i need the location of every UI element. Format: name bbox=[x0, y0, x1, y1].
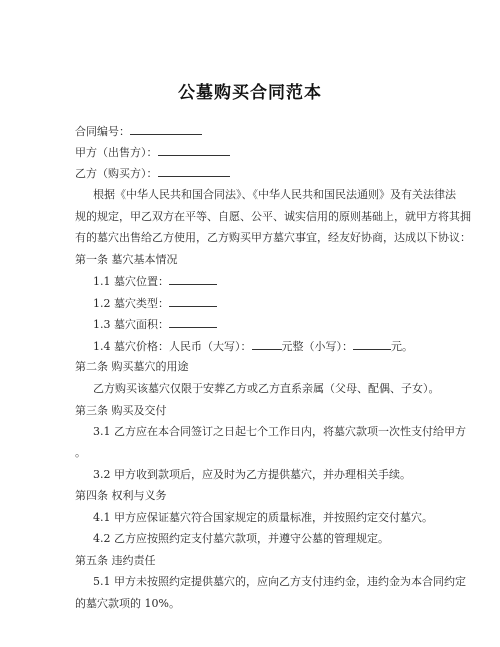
document-title: 公墓购买合同范本 bbox=[0, 78, 500, 103]
preamble-line-2: 规的规定，甲乙双方在平等、自愿、公平、诚实信用的原则基础上，就甲方将其拥 bbox=[75, 210, 471, 224]
clause-1-4-label-c: 元。 bbox=[391, 340, 413, 353]
grave-location-blank[interactable] bbox=[169, 274, 217, 285]
clause-1-3: 1.3 墓穴面积： bbox=[93, 317, 217, 332]
clause-1-4-label-a: 1.4 墓穴价格：人民币（大写）： bbox=[93, 340, 252, 353]
clause-5-1-line-1: 5.1 甲方未按照约定提供墓穴的，应向乙方支付违约金，违约金为本合同约定 bbox=[93, 575, 466, 589]
article-2-heading: 第二条 购买墓穴的用途 bbox=[75, 360, 189, 374]
document-page: 公墓购买合同范本 合同编号： 甲方（出售方）： 乙方（购买方）： 根据《中华人民… bbox=[0, 0, 500, 647]
preamble-line-1: 根据《中华人民共和国合同法》、《中华人民共和国民法通则》及有关法律法 bbox=[93, 188, 456, 202]
clause-1-2-label: 1.2 墓穴类型： bbox=[93, 297, 169, 310]
party-b-label: 乙方（购买方）： bbox=[75, 167, 158, 180]
preamble-line-3: 有的墓穴出售给乙方使用，乙方购买甲方墓穴事宜，经友好协商，达成以下协议： bbox=[75, 231, 471, 245]
party-b-field: 乙方（购买方）： bbox=[75, 166, 230, 181]
contract-number-field: 合同编号： bbox=[75, 124, 202, 139]
clause-1-1: 1.1 墓穴位置： bbox=[93, 274, 217, 289]
clause-3-2: 3.2 甲方收到款项后，应及时为乙方提供墓穴，并办理相关手续。 bbox=[93, 468, 411, 482]
party-a-field: 甲方（出售方）： bbox=[75, 145, 230, 160]
clause-2-text: 乙方购买该墓穴仅限于安葬乙方或乙方直系亲属（父母、配偶、子女）。 bbox=[93, 382, 440, 396]
clause-1-3-label: 1.3 墓穴面积： bbox=[93, 318, 169, 331]
clause-1-4-label-b: 元整（小写）： bbox=[282, 340, 354, 353]
article-5-heading: 第五条 违约责任 bbox=[75, 554, 156, 568]
clause-3-1-line-2: 。 bbox=[75, 446, 86, 460]
clause-1-2: 1.2 墓穴类型： bbox=[93, 296, 217, 311]
price-lowercase-blank[interactable] bbox=[353, 339, 391, 350]
grave-type-blank[interactable] bbox=[169, 296, 217, 307]
clause-4-1: 4.1 甲方应保证墓穴符合国家规定的质量标准，并按照约定交付墓穴。 bbox=[93, 511, 433, 525]
article-3-heading: 第三条 购买及交付 bbox=[75, 404, 167, 418]
clause-3-1-line-1: 3.1 乙方应在本合同签订之日起七个工作日内，将墓穴款项一次性支付给甲方 bbox=[93, 425, 466, 439]
article-1-heading: 第一条 墓穴基本情况 bbox=[75, 253, 178, 267]
clause-5-1-line-2: 的墓穴款项的 10%。 bbox=[75, 597, 180, 611]
article-4-heading: 第四条 权利与义务 bbox=[75, 489, 167, 503]
party-a-blank[interactable] bbox=[158, 145, 230, 156]
grave-area-blank[interactable] bbox=[169, 317, 217, 328]
contract-number-blank[interactable] bbox=[130, 124, 202, 135]
contract-number-label: 合同编号： bbox=[75, 125, 130, 138]
clause-1-4: 1.4 墓穴价格：人民币（大写）：元整（小写）：元。 bbox=[93, 339, 413, 354]
party-a-label: 甲方（出售方）： bbox=[75, 146, 158, 159]
party-b-blank[interactable] bbox=[158, 166, 230, 177]
clause-1-1-label: 1.1 墓穴位置： bbox=[93, 275, 169, 288]
clause-4-2: 4.2 乙方应按照约定支付墓穴款项，并遵守公墓的管理规定。 bbox=[93, 532, 389, 546]
price-uppercase-blank[interactable] bbox=[252, 339, 282, 350]
